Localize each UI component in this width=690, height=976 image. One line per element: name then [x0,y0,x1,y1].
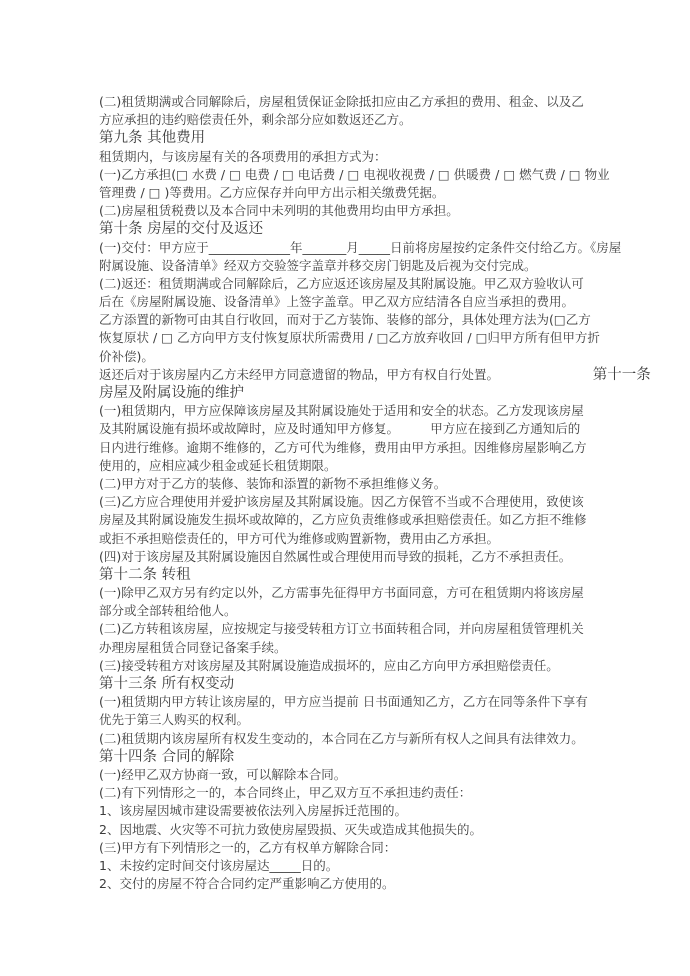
section-heading: 第十一条 [593,367,651,383]
text-segment: 部分或全部转租给他人。 [99,603,237,618]
text-line: 乙方添置的新物可由其自行收回，而对于乙方装饰、装修的部分，具体处理方法为(□乙方 [99,310,619,328]
text-line: (一)乙方承担(□ 水费 / □ 电费 / □ 电话费 / □ 电视收视费 / … [99,165,619,183]
text-line: 租赁期内，与该房屋有关的各项费用的承担方式为： [99,147,619,165]
text-line: 第九条 其他费用 [99,128,619,146]
text-segment: (三)甲方有下列情形之一的，乙方有权单方解除合同： [99,840,396,855]
text-line: (一)租赁期内甲方转让该房屋的，甲方应当提前 日书面通知乙方，乙方在同等条件下享… [99,692,619,710]
text-line: 第十二条 转租 [99,565,619,583]
text-line: (二)甲方对于乙方的装修、装饰和添置的新物不承担维修义务。 [99,474,619,492]
text-line: 房屋及其附属设施发生损坏或故障的，乙方应负责维修或承担赔偿责任。如乙方拒不维修 [99,510,619,528]
text-segment: (一)乙方承担(□ 水费 / □ 电费 / □ 电话费 / □ 电视收视费 / … [99,167,610,182]
text-line: (一)经甲乙双方协商一致，可以解除本合同。 [99,765,619,783]
contract-document: (二)租赁期满或合同解除后，房屋租赁保证金除抵扣应由乙方承担的费用、租金、以及乙… [99,92,619,892]
text-segment: (三)接受转租方对该房屋及其附属设施造成损坏的，应由乙方向甲方承担赔偿责任。 [99,658,559,673]
text-segment: (一)租赁期内甲方转让该房屋的，甲方应当提前 日书面通知乙方，乙方在同等条件下享… [99,694,588,709]
text-line: 2、因地震、火灾等不可抗力致使房屋毁损、灭失或造成其他损失的。 [99,820,619,838]
text-line: 后在《房屋附属设施、设备清单》上签字盖章。甲乙双方应结清各自应当承担的费用。 [99,292,619,310]
text-segment: (三)乙方应合理使用并爱护该房屋及其附属设施。因乙方保管不当或不合理使用，致使该 [99,494,584,509]
text-segment: 日内进行维修。逾期不维修的，乙方可代为维修，费用由甲方承担。因维修房屋影响乙方 [99,440,587,455]
section-heading: 第十二条 转租 [99,567,191,583]
text-segment: (一)除甲乙双方另有约定以外，乙方需事先征得甲方书面同意，方可在租赁期内将该房屋 [99,585,584,600]
text-line: 返还后对于该房屋内乙方未经甲方同意遗留的物品，甲方有权自行处置。 第十一条 [99,365,619,383]
text-line: 方应承担的违约赔偿责任外，剩余部分应如数返还乙方。 [99,110,619,128]
text-line: (二)返还：租赁期满或合同解除后，乙方应返还该房屋及其附属设施。甲乙双方验收认可 [99,274,619,292]
section-heading: 第十四条 合同的解除 [99,749,234,765]
section-heading: 第九条 其他费用 [99,130,205,146]
text-segment: 使用的，应相应减少租金或延长租赁期限。 [99,458,337,473]
text-segment: (二)乙方转租该房屋，应按规定与接受转租方订立书面转租合同，并向房屋租赁管理机关 [99,621,584,636]
text-line: 1、未按约定时间交付该房屋达_____日的。 [99,856,619,874]
text-line: 第十三条 所有权变动 [99,674,619,692]
text-segment: 乙方添置的新物可由其自行收回，而对于乙方装饰、装修的部分，具体处理方法为(□乙方 [99,312,591,327]
text-line: 第十四条 合同的解除 [99,747,619,765]
text-segment: 房屋及其附属设施发生损坏或故障的，乙方应负责维修或承担赔偿责任。如乙方拒不维修 [99,512,587,527]
text-segment: 返还后对于该房屋内乙方未经甲方同意遗留的物品，甲方有权自行处置。 [99,367,593,382]
text-segment: 价补偿)。 [99,349,154,364]
text-line: (二)租赁期内该房屋所有权发生变动的，本合同在乙方与新所有权人之间具有法律效力。 [99,729,619,747]
text-segment: 及其附属设施有损坏或故障时，应及时通知甲方修复。 甲方应在接到乙方通知后的 [99,421,580,436]
section-heading: 第十条 房屋的交付及返还 [99,221,263,237]
text-segment: (一)经甲乙双方协商一致，可以解除本合同。 [99,767,346,782]
text-line: (一)除甲乙双方另有约定以外，乙方需事先征得甲方书面同意，方可在租赁期内将该房屋 [99,583,619,601]
text-segment: (二)租赁期满或合同解除后，房屋租赁保证金除抵扣应由乙方承担的费用、租金、以及乙 [99,94,584,109]
text-line: (三)乙方应合理使用并爱护该房屋及其附属设施。因乙方保管不当或不合理使用，致使该 [99,492,619,510]
text-segment: (一)租赁期内，甲方应保障该房屋及其附属设施处于适用和安全的状态。乙方发现该房屋 [99,403,584,418]
text-line: (三)接受转租方对该房屋及其附属设施造成损坏的，应由乙方向甲方承担赔偿责任。 [99,656,619,674]
text-line: 日内进行维修。逾期不维修的，乙方可代为维修，费用由甲方承担。因维修房屋影响乙方 [99,438,619,456]
text-line: 恢复原状 / □ 乙方向甲方支付恢复原状所需费用 / □乙方放弃收回 / □归甲… [99,328,619,346]
text-line: 价补偿)。 [99,347,619,365]
text-segment: 附属设施、设备清单》经双方交验签字盖章并移交房门钥匙及后视为交付完成。 [99,258,537,273]
text-line: 优先于第三人购买的权利。 [99,710,619,728]
text-line: 房屋及附属设施的维护 [99,383,619,401]
text-segment: 2、因地震、火灾等不可抗力致使房屋毁损、灭失或造成其他损失的。 [99,822,482,837]
text-line: 管理费 / □ )等费用。乙方应保存并向甲方出示相关缴费凭据。 [99,183,619,201]
text-line: (二)乙方转租该房屋，应按规定与接受转租方订立书面转租合同，并向房屋租赁管理机关 [99,619,619,637]
text-line: (一)租赁期内，甲方应保障该房屋及其附属设施处于适用和安全的状态。乙方发现该房屋 [99,401,619,419]
text-line: (四)对于该房屋及其附属设施因自然属性或合理使用而导致的损耗，乙方不承担责任。 [99,547,619,565]
text-segment: (二)返还：租赁期满或合同解除后，乙方应返还该房屋及其附属设施。甲乙双方验收认可 [99,276,584,291]
text-line: (二)有下列情形之一的，本合同终止，甲乙双方互不承担违约责任： [99,783,619,801]
text-segment: (二)有下列情形之一的，本合同终止，甲乙双方互不承担违约责任： [99,785,471,800]
section-heading: 第十三条 所有权变动 [99,676,234,692]
text-line: (一)交付：甲方应于_____________年_______月_____日前将… [99,238,619,256]
text-segment: 方应承担的违约赔偿责任外，剩余部分应如数返还乙方。 [99,112,412,127]
text-segment: 租赁期内，与该房屋有关的各项费用的承担方式为： [99,149,387,164]
text-segment: 优先于第三人购买的权利。 [99,712,249,727]
text-line: 使用的，应相应减少租金或延长租赁期限。 [99,456,619,474]
text-segment: 1、该房屋因城市建设需要被依法列入房屋拆迁范围的。 [99,803,407,818]
text-line: (二)租赁期满或合同解除后，房屋租赁保证金除抵扣应由乙方承担的费用、租金、以及乙 [99,92,619,110]
text-segment: 1、未按约定时间交付该房屋达_____日的。 [99,858,338,873]
text-line: (二)房屋租赁税费以及本合同中未列明的其他费用均由甲方承担。 [99,201,619,219]
text-segment: (二)房屋租赁税费以及本合同中未列明的其他费用均由甲方承担。 [99,203,459,218]
text-segment: 管理费 / □ )等费用。乙方应保存并向甲方出示相关缴费凭据。 [99,185,444,200]
text-line: 办理房屋租赁合同登记备案手续。 [99,638,619,656]
text-segment: 办理房屋租赁合同登记备案手续。 [99,640,287,655]
text-segment: (二)租赁期内该房屋所有权发生变动的，本合同在乙方与新所有权人之间具有法律效力。 [99,731,584,746]
text-line: 及其附属设施有损坏或故障时，应及时通知甲方修复。 甲方应在接到乙方通知后的 [99,419,619,437]
text-segment: (四)对于该房屋及其附属设施因自然属性或合理使用而导致的损耗，乙方不承担责任。 [99,549,571,564]
text-segment: 或拒不承担赔偿责任的，甲方可代为维修或购置新物，费用由乙方承担。 [99,531,499,546]
text-segment: (一)交付：甲方应于_____________年_______月_____日前将… [99,240,621,255]
text-line: 1、该房屋因城市建设需要被依法列入房屋拆迁范围的。 [99,801,619,819]
text-line: 或拒不承担赔偿责任的，甲方可代为维修或购置新物，费用由乙方承担。 [99,529,619,547]
text-line: 2、交付的房屋不符合合同约定严重影响乙方使用的。 [99,874,619,892]
text-line: (三)甲方有下列情形之一的，乙方有权单方解除合同： [99,838,619,856]
text-line: 部分或全部转租给他人。 [99,601,619,619]
text-segment: 后在《房屋附属设施、设备清单》上签字盖章。甲乙双方应结清各自应当承担的费用。 [99,294,574,309]
text-line: 附属设施、设备清单》经双方交验签字盖章并移交房门钥匙及后视为交付完成。 [99,256,619,274]
section-heading: 房屋及附属设施的维护 [99,385,244,401]
text-segment: 恢复原状 / □ 乙方向甲方支付恢复原状所需费用 / □乙方放弃收回 / □归甲… [99,330,600,345]
text-segment: 2、交付的房屋不符合合同约定严重影响乙方使用的。 [99,876,394,891]
text-line: 第十条 房屋的交付及返还 [99,219,619,237]
text-segment: (二)甲方对于乙方的装修、装饰和添置的新物不承担维修义务。 [99,476,446,491]
